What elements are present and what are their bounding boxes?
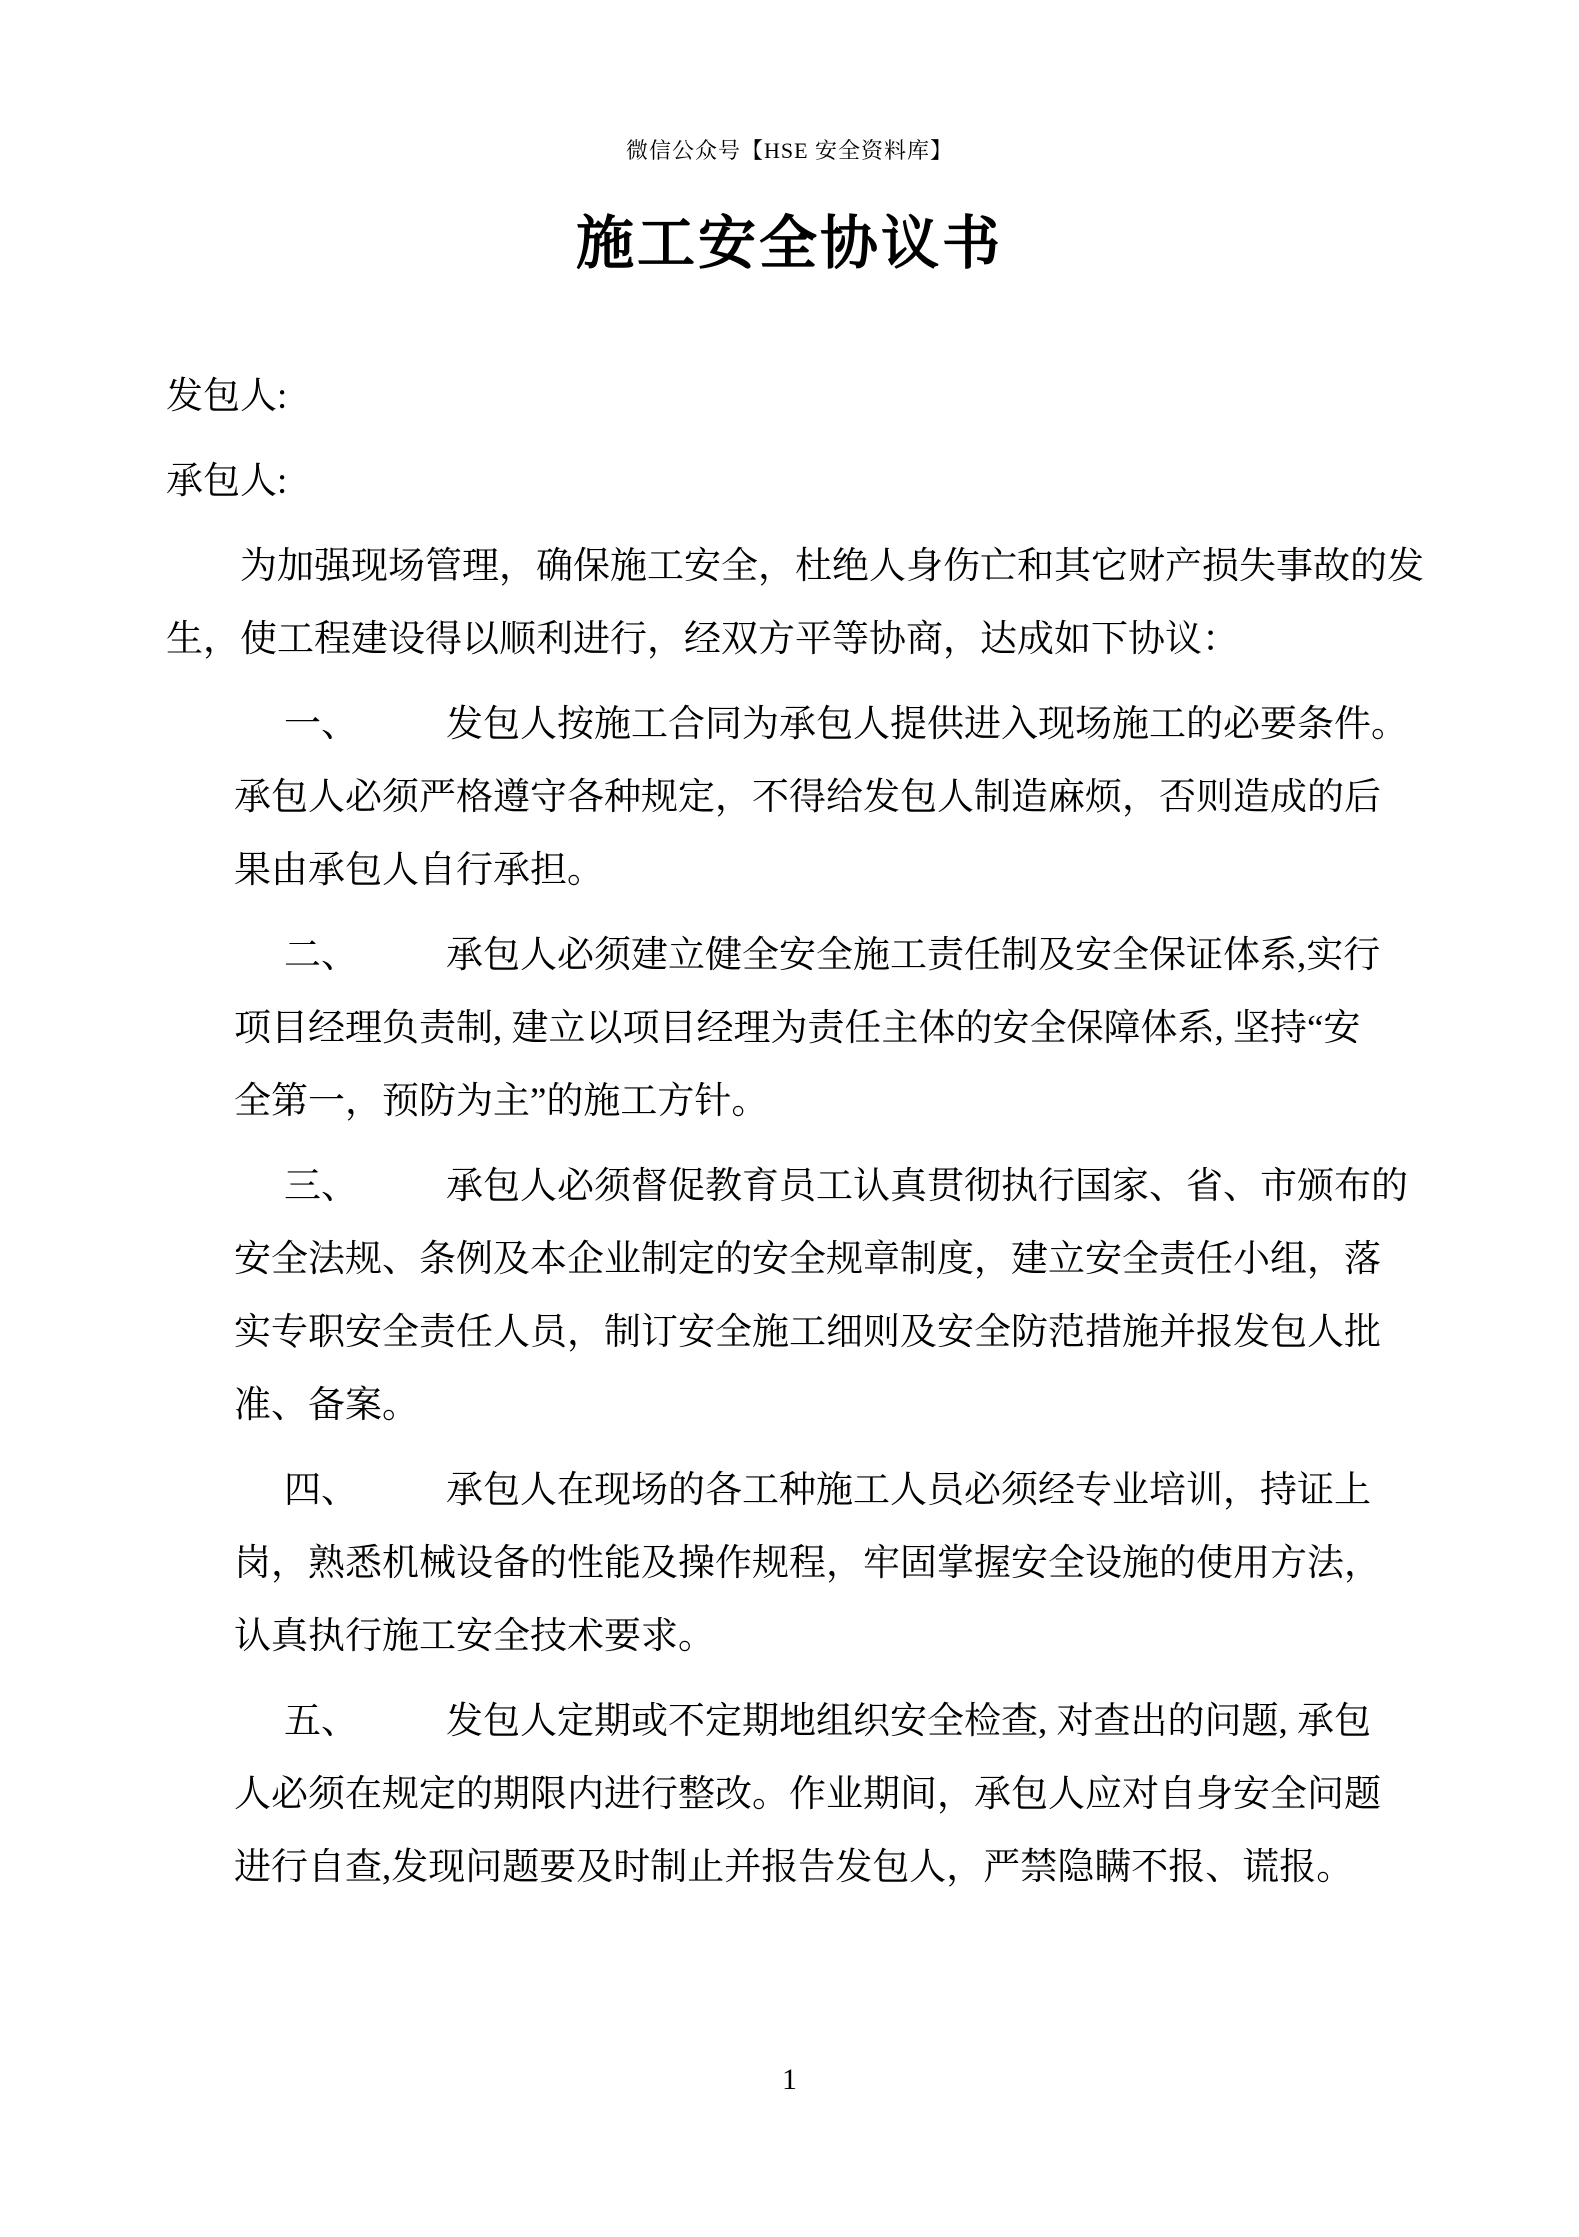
item-line: 人必须在规定的期限内进行整改。作业期间，承包人应对自身安全问题 <box>166 1758 1413 1831</box>
item-text: 承包人必须督促教育员工认真贯彻执行国家、省、市颁布的 <box>446 1166 1408 1207</box>
clause-1: 一、发包人按施工合同为承包人提供进入现场施工的必要条件。 承包人必须严格遵守各种… <box>166 688 1413 907</box>
item-text: 发包人定期或不定期地组织安全检查, 对查出的问题, 承包 <box>446 1701 1371 1742</box>
page-number: 1 <box>0 2062 1579 2098</box>
item-line: 安全法规、条例及本企业制定的安全规章制度，建立安全责任小组，落 <box>166 1223 1413 1296</box>
clause-4: 四、承包人在现场的各工种施工人员必须经专业培训，持证上 岗，熟悉机械设备的性能及… <box>166 1454 1413 1673</box>
item-number: 五、 <box>284 1701 358 1742</box>
doc-title: 施工安全协议书 <box>166 204 1413 284</box>
party-line-employer: 发包人: <box>166 360 1413 433</box>
item-line: 全第一，预防为主”的施工方针。 <box>166 1065 1413 1138</box>
item-line: 承包人必须严格遵守各种规定，不得给发包人制造麻烦，否则造成的后 <box>166 761 1413 834</box>
item-line: 一、发包人按施工合同为承包人提供进入现场施工的必要条件。 <box>166 688 1413 761</box>
item-line: 项目经理负责制, 建立以项目经理为责任主体的安全保障体系, 坚持“安 <box>166 992 1413 1065</box>
item-line: 岗，熟悉机械设备的性能及操作规程，牢固掌握安全设施的使用方法， <box>166 1527 1413 1600</box>
item-line: 五、发包人定期或不定期地组织安全检查, 对查出的问题, 承包 <box>166 1685 1413 1758</box>
item-line: 三、承包人必须督促教育员工认真贯彻执行国家、省、市颁布的 <box>166 1150 1413 1223</box>
party-line-contractor: 承包人: <box>166 445 1413 518</box>
item-number: 一、 <box>284 704 358 745</box>
intro-paragraph: 为加强现场管理，确保施工安全，杜绝人身伤亡和其它财产损失事故的发 生，使工程建设… <box>166 530 1413 676</box>
item-number: 二、 <box>284 935 358 976</box>
item-line: 果由承包人自行承担。 <box>166 834 1413 907</box>
item-text: 承包人必须建立健全安全施工责任制及安全保证体系,实行 <box>446 935 1380 976</box>
item-line: 二、承包人必须建立健全安全施工责任制及安全保证体系,实行 <box>166 919 1413 992</box>
item-line: 准、备案。 <box>166 1369 1413 1442</box>
clause-2: 二、承包人必须建立健全安全施工责任制及安全保证体系,实行 项目经理负责制, 建立… <box>166 919 1413 1138</box>
item-text: 承包人在现场的各工种施工人员必须经专业培训，持证上 <box>446 1470 1371 1511</box>
item-line: 实专职安全责任人员，制订安全施工细则及安全防范措施并报发包人批 <box>166 1296 1413 1369</box>
doc-body: 发包人: 承包人: 为加强现场管理，确保施工安全，杜绝人身伤亡和其它财产损失事故… <box>166 360 1413 1904</box>
clause-3: 三、承包人必须督促教育员工认真贯彻执行国家、省、市颁布的 安全法规、条例及本企业… <box>166 1150 1413 1442</box>
item-text: 发包人按施工合同为承包人提供进入现场施工的必要条件。 <box>446 704 1408 745</box>
item-line: 认真执行施工安全技术要求。 <box>166 1600 1413 1673</box>
document-page: 微信公众号【HSE 安全资料库】 施工安全协议书 发包人: 承包人: 为加强现场… <box>0 0 1579 2237</box>
item-number: 四、 <box>284 1470 358 1511</box>
item-number: 三、 <box>284 1166 358 1207</box>
clause-5: 五、发包人定期或不定期地组织安全检查, 对查出的问题, 承包 人必须在规定的期限… <box>166 1685 1413 1904</box>
item-line: 四、承包人在现场的各工种施工人员必须经专业培训，持证上 <box>166 1454 1413 1527</box>
intro-line: 生，使工程建设得以顺利进行，经双方平等协商，达成如下协议： <box>166 603 1413 676</box>
wechat-account-header: 微信公众号【HSE 安全资料库】 <box>166 138 1413 164</box>
item-line: 进行自查,发现问题要及时制止并报告发包人，严禁隐瞒不报、谎报。 <box>166 1831 1413 1904</box>
intro-line: 为加强现场管理，确保施工安全，杜绝人身伤亡和其它财产损失事故的发 <box>166 530 1413 603</box>
